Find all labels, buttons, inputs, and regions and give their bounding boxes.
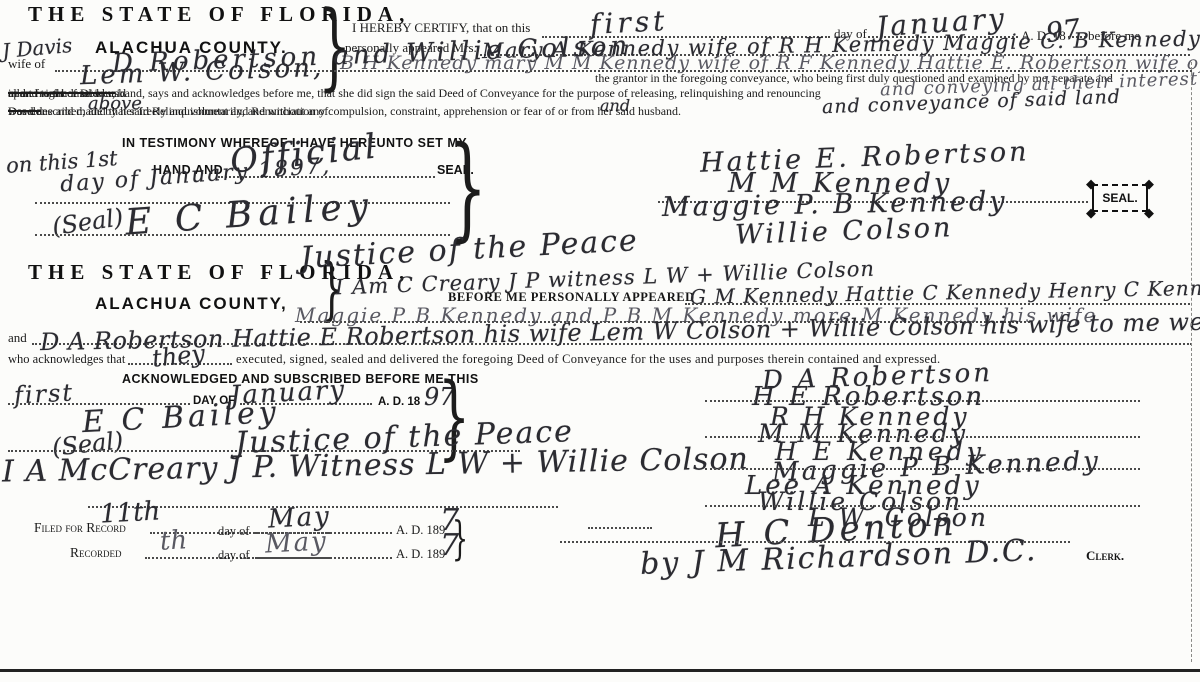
filed-day-of-label: day of bbox=[218, 524, 250, 539]
recorded-label: Recorded bbox=[70, 545, 122, 561]
county-heading-2: ALACHUA COUNTY, bbox=[95, 294, 288, 314]
seal-box: ◆ ◆ ◆ ◆ SEAL. bbox=[1092, 184, 1148, 212]
bottom-rule bbox=[0, 669, 1200, 672]
and-label: and bbox=[8, 330, 27, 346]
recorded-day-of-label: day of bbox=[218, 548, 250, 563]
filed-day-handwriting: 11th bbox=[99, 496, 161, 529]
signature-willie-colson-1: Willie Colson bbox=[735, 212, 954, 251]
seal-box-label: SEAL. bbox=[1102, 191, 1137, 205]
clerk-label: Clerk. bbox=[1086, 548, 1124, 564]
conveyance-insert-handwriting: and conveyance of said land bbox=[822, 86, 1122, 118]
seal-corner-diamond: ◆ bbox=[1144, 177, 1154, 190]
filed-ad-label: A. D. 189 bbox=[396, 523, 445, 538]
they-handwriting: they bbox=[151, 339, 207, 372]
recorded-year-handwriting: 7 bbox=[440, 528, 459, 563]
seal-corner-diamond: ◆ bbox=[1086, 206, 1096, 219]
recorded-day-handwriting: th bbox=[159, 525, 188, 556]
dotted-line bbox=[705, 468, 1140, 470]
acknowledges-pre-label: who acknowledges that bbox=[8, 352, 125, 367]
seal-corner-diamond: ◆ bbox=[1144, 206, 1154, 219]
deed-record-page: THE STATE OF FLORIDA, } J Davis ALACHUA … bbox=[0, 0, 1200, 682]
certify-pre-label: I HEREBY CERTIFY, that on this bbox=[352, 20, 530, 36]
right-edge-dashed-line bbox=[1191, 62, 1192, 662]
official-handwriting: Official bbox=[228, 126, 380, 181]
recorded-month-handwriting: May bbox=[264, 526, 328, 559]
recorded-ad-label: A. D. 189 bbox=[396, 547, 445, 562]
dotted-line bbox=[588, 527, 652, 529]
seal-corner-diamond: ◆ bbox=[1086, 177, 1096, 190]
deed-post-text: was done and made by her freely and volu… bbox=[8, 104, 681, 119]
ack-ad-label: A. D. 18 bbox=[378, 396, 420, 408]
wife-of-label: wife of bbox=[8, 56, 45, 72]
